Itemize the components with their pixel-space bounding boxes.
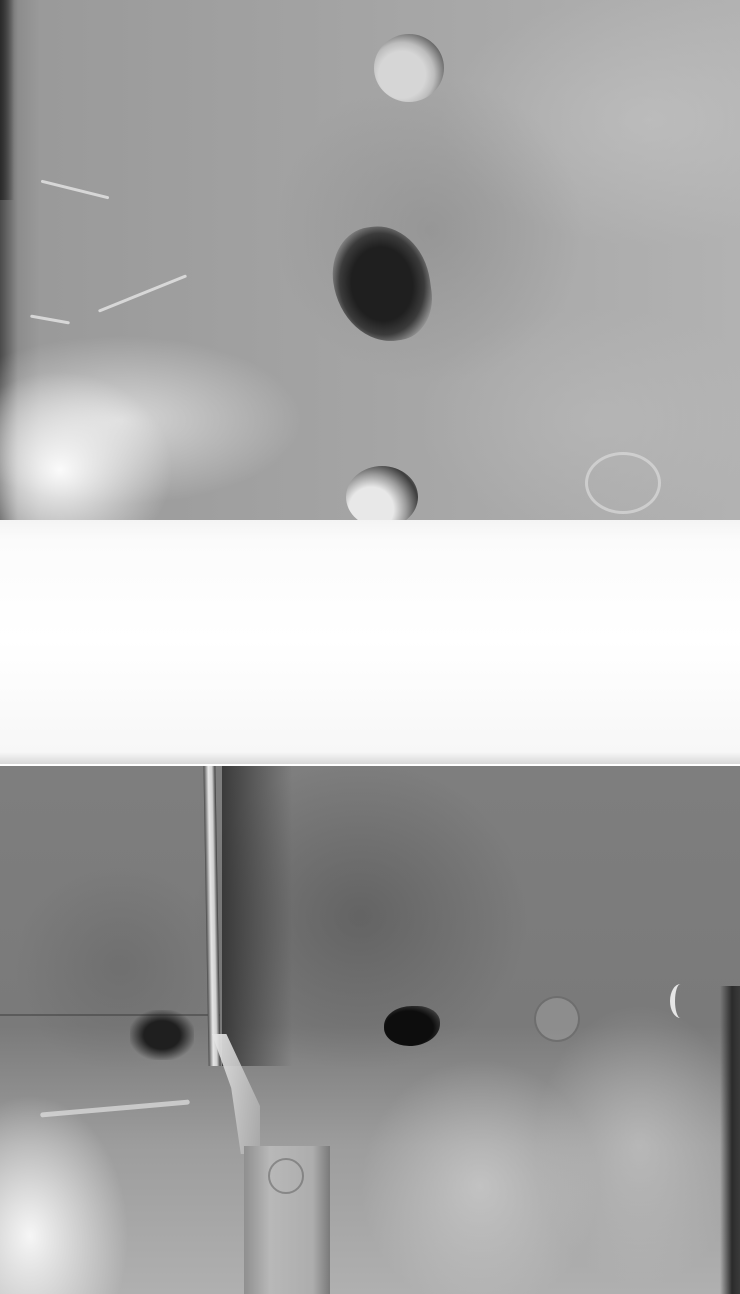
surface-mark bbox=[585, 452, 661, 514]
rivet bbox=[534, 996, 580, 1042]
rivet-highlight bbox=[670, 984, 691, 1018]
corrosion-hole bbox=[326, 220, 437, 348]
scratch-mark bbox=[40, 1099, 190, 1117]
scratch-mark bbox=[41, 180, 110, 200]
vertical-seam bbox=[203, 766, 220, 1066]
scratch-mark bbox=[30, 315, 70, 325]
white-separator-band bbox=[0, 520, 740, 764]
dark-left-edge bbox=[0, 0, 14, 200]
rivet-upper bbox=[374, 34, 444, 102]
scratch-mark bbox=[98, 274, 187, 312]
dark-right-edge bbox=[720, 986, 740, 1294]
shadow-band bbox=[222, 766, 292, 1066]
rivet-lower bbox=[346, 466, 418, 520]
bottom-photo bbox=[0, 766, 740, 1294]
corrosion-hole bbox=[384, 1006, 440, 1046]
top-photo bbox=[0, 0, 740, 520]
dark-corrosion-spot bbox=[130, 1010, 194, 1060]
rivet bbox=[268, 1158, 304, 1194]
